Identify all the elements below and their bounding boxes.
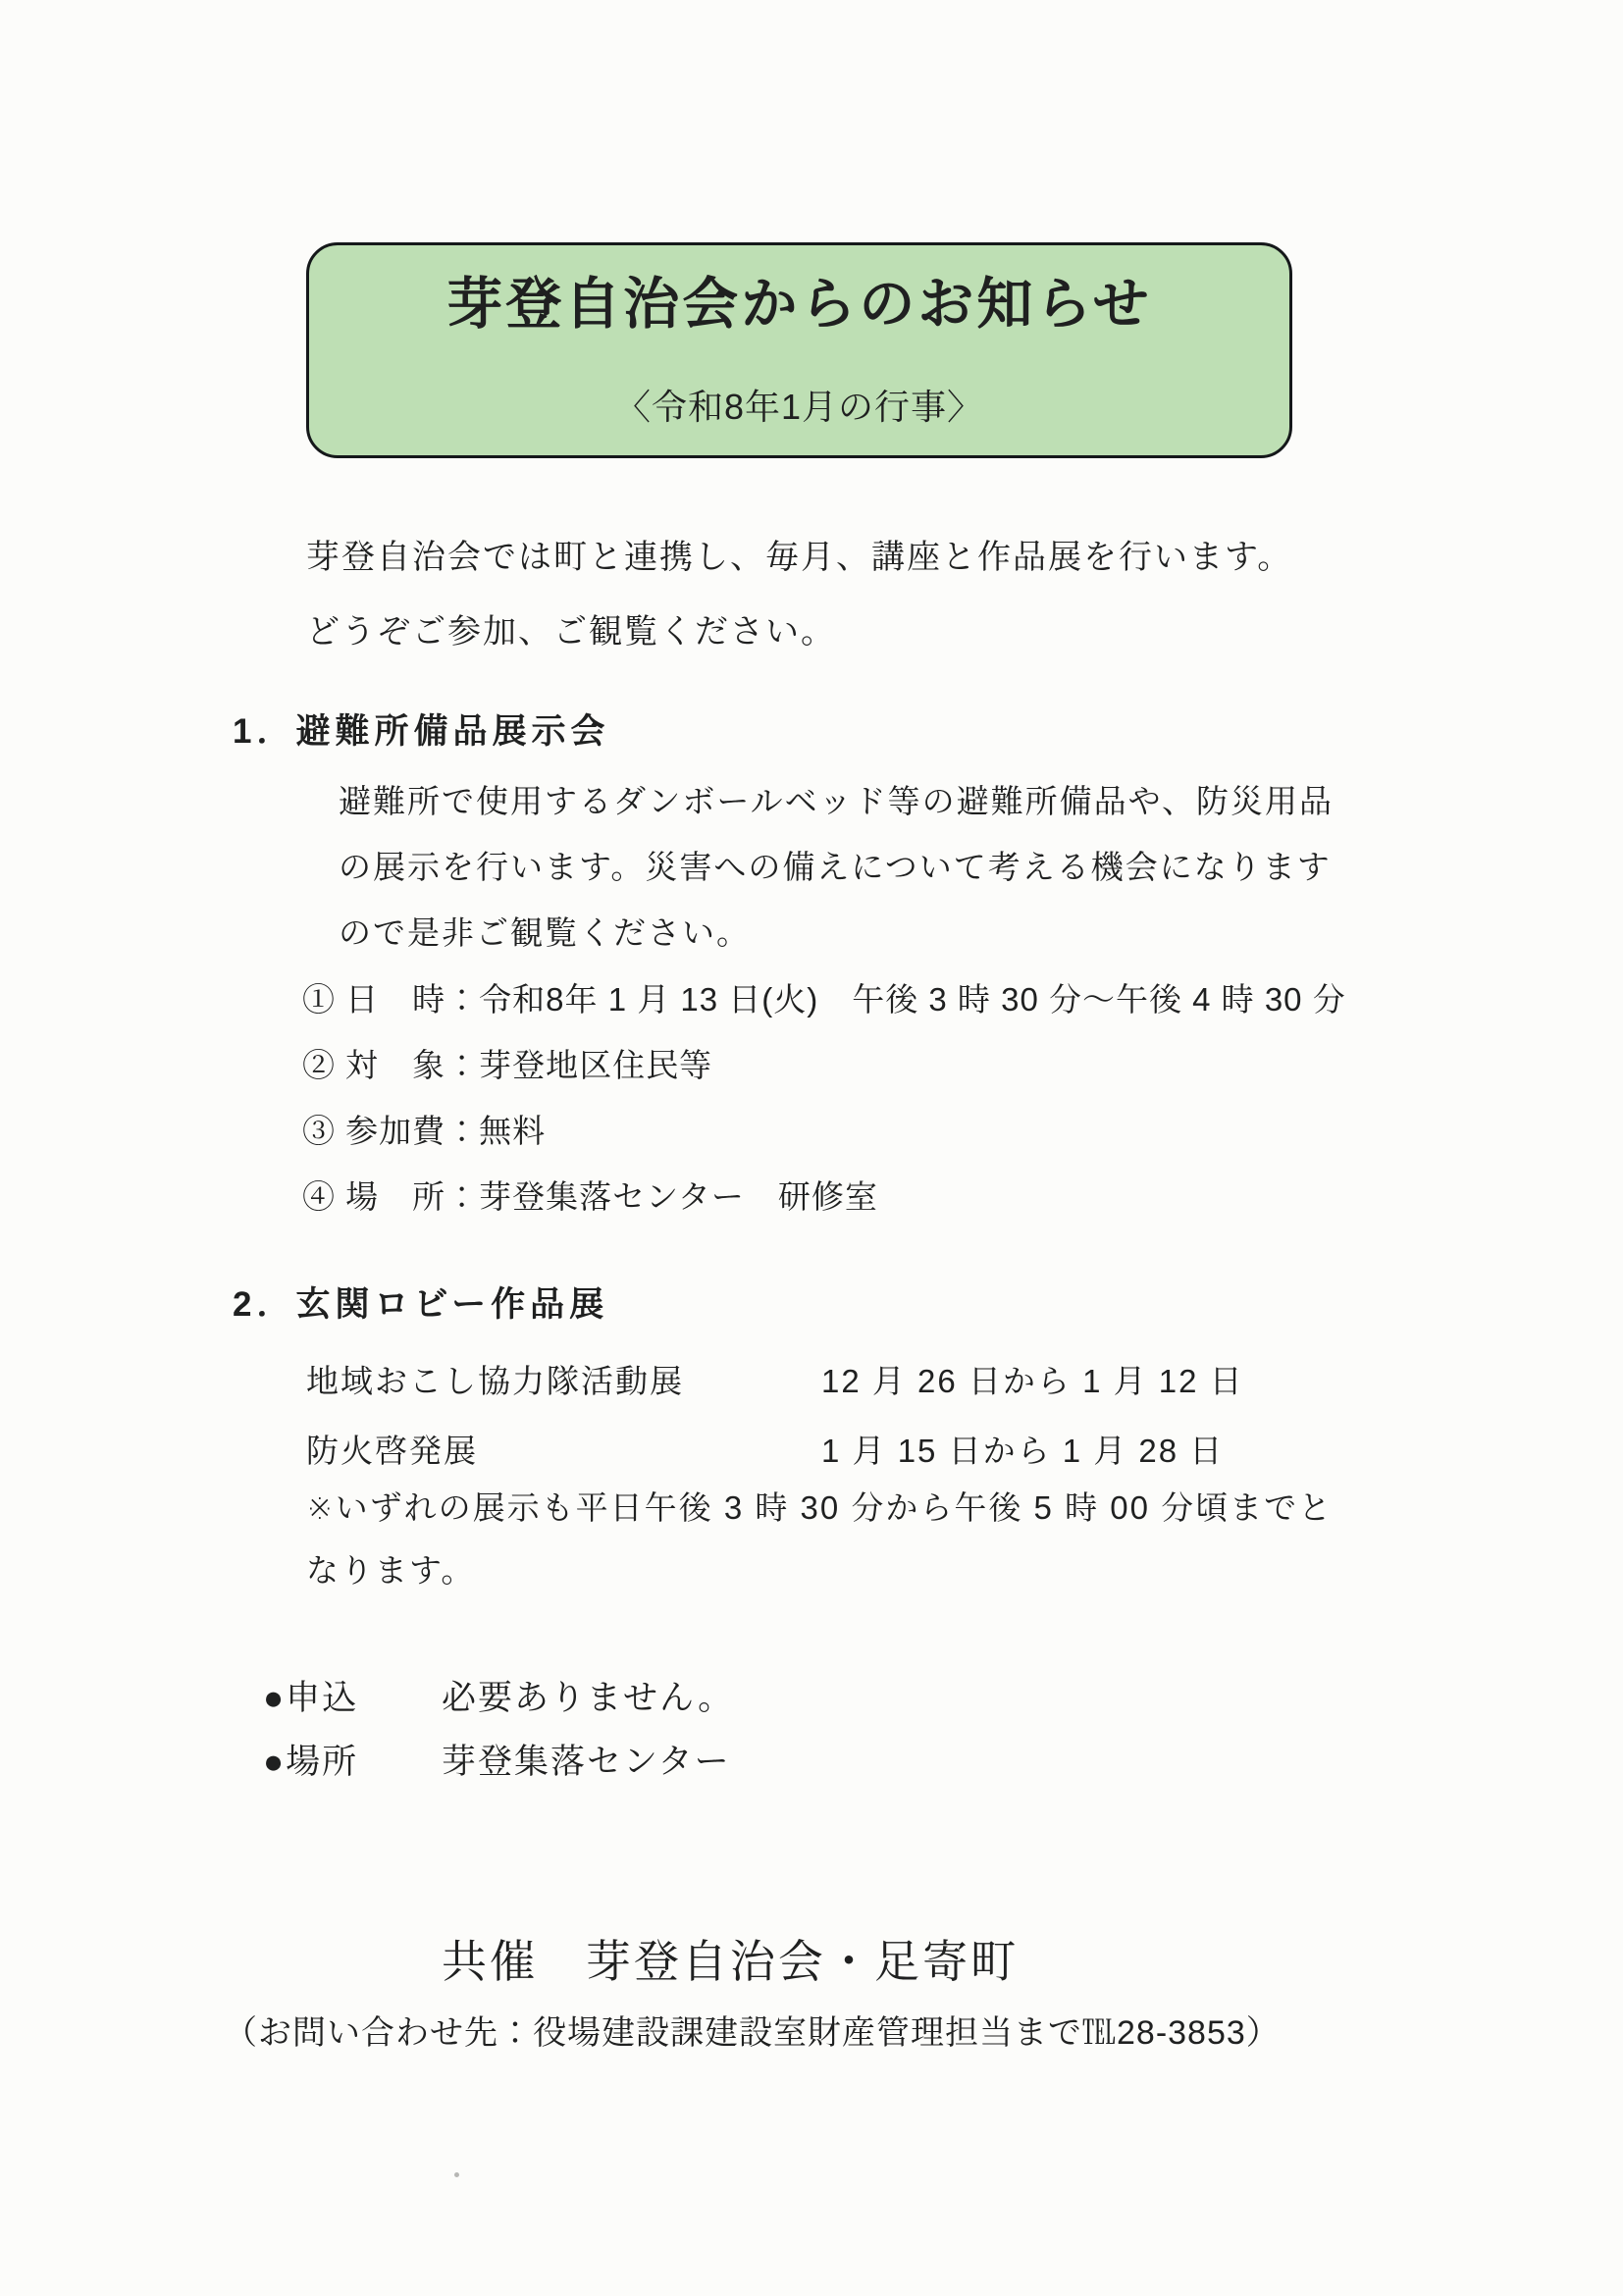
exhibition-name: 防火啓発展	[306, 1416, 821, 1486]
list-item-fee: ③ 参加費：無料	[302, 1098, 1346, 1164]
detail-value: 芽登集落センター	[442, 1730, 731, 1794]
description-line: の展示を行います。災害への備えについて考える機会になります	[339, 834, 1334, 900]
notice-title-box: 芽登自治会からのお知らせ 〈令和8年1月の行事〉	[306, 242, 1292, 458]
intro-line: どうぞご参加、ご観覧ください。	[306, 595, 1292, 669]
list-item-audience: ② 対 象：芽登地区住民等	[302, 1032, 1346, 1098]
section1-heading: 1．避難所備品展示会	[233, 714, 609, 749]
notice-title: 芽登自治会からのお知らせ	[446, 277, 1151, 333]
scanned-notice-page: { "document": { "header": { "title": "芽登…	[0, 0, 1623, 2296]
note-line: ※いずれの展示も平日午後 3 時 30 分から午後 5 時 00 分頃までと	[306, 1477, 1333, 1539]
list-item-application: ●申込 必要ありません。	[263, 1666, 734, 1730]
section1-description: 避難所で使用するダンボールベッド等の避難所備品や、防災用品 の展示を行います。災…	[339, 768, 1334, 965]
intro-paragraph: 芽登自治会では町と連携し、毎月、講座と作品展を行います。 どうぞご参加、ご観覧く…	[306, 520, 1292, 669]
intro-line: 芽登自治会では町と連携し、毎月、講座と作品展を行います。	[306, 520, 1292, 595]
detail-value: 必要ありません。	[442, 1666, 734, 1730]
section2-heading: 2．玄関ロビー作品展	[233, 1287, 608, 1322]
organizer-line: 共催 芽登自治会・足寄町	[442, 1935, 1019, 1989]
detail-label: ●場所	[263, 1730, 442, 1794]
table-row: 防火啓発展 1 月 15 日から 1 月 28 日	[306, 1416, 1244, 1486]
description-line: 避難所で使用するダンボールベッド等の避難所備品や、防災用品	[339, 768, 1334, 834]
note-line: なります。	[306, 1539, 1333, 1602]
section2-note: ※いずれの展示も平日午後 3 時 30 分から午後 5 時 00 分頃までと な…	[306, 1477, 1333, 1602]
list-item-datetime: ① 日 時：令和8年 1 月 13 日(火) 午後 3 時 30 分～午後 4 …	[302, 966, 1346, 1032]
notice-subtitle: 〈令和8年1月の行事〉	[615, 390, 983, 425]
description-line: ので是非ご観覧ください。	[339, 900, 1334, 965]
list-item-place: ④ 場 所：芽登集落センター 研修室	[302, 1164, 1346, 1229]
table-row: 地域おこし協力隊活動展 12 月 26 日から 1 月 12 日	[306, 1346, 1244, 1416]
contact-line: （お問い合わせ先：役場建設課建設室財産管理担当まで℡28-3853）	[224, 2013, 1281, 2054]
section2-exhibition-table: 地域おこし協力隊活動展 12 月 26 日から 1 月 12 日 防火啓発展 1…	[306, 1346, 1244, 1486]
scan-artifact-dot	[454, 2172, 459, 2177]
detail-label: ●申込	[263, 1666, 442, 1730]
list-item-location: ●場所 芽登集落センター	[263, 1730, 734, 1794]
exhibition-period: 1 月 15 日から 1 月 28 日	[821, 1416, 1224, 1486]
detail-list: ●申込 必要ありません。 ●場所 芽登集落センター	[263, 1666, 734, 1794]
section1-item-list: ① 日 時：令和8年 1 月 13 日(火) 午後 3 時 30 分～午後 4 …	[302, 966, 1346, 1229]
exhibition-name: 地域おこし協力隊活動展	[306, 1346, 821, 1416]
exhibition-period: 12 月 26 日から 1 月 12 日	[821, 1346, 1244, 1416]
